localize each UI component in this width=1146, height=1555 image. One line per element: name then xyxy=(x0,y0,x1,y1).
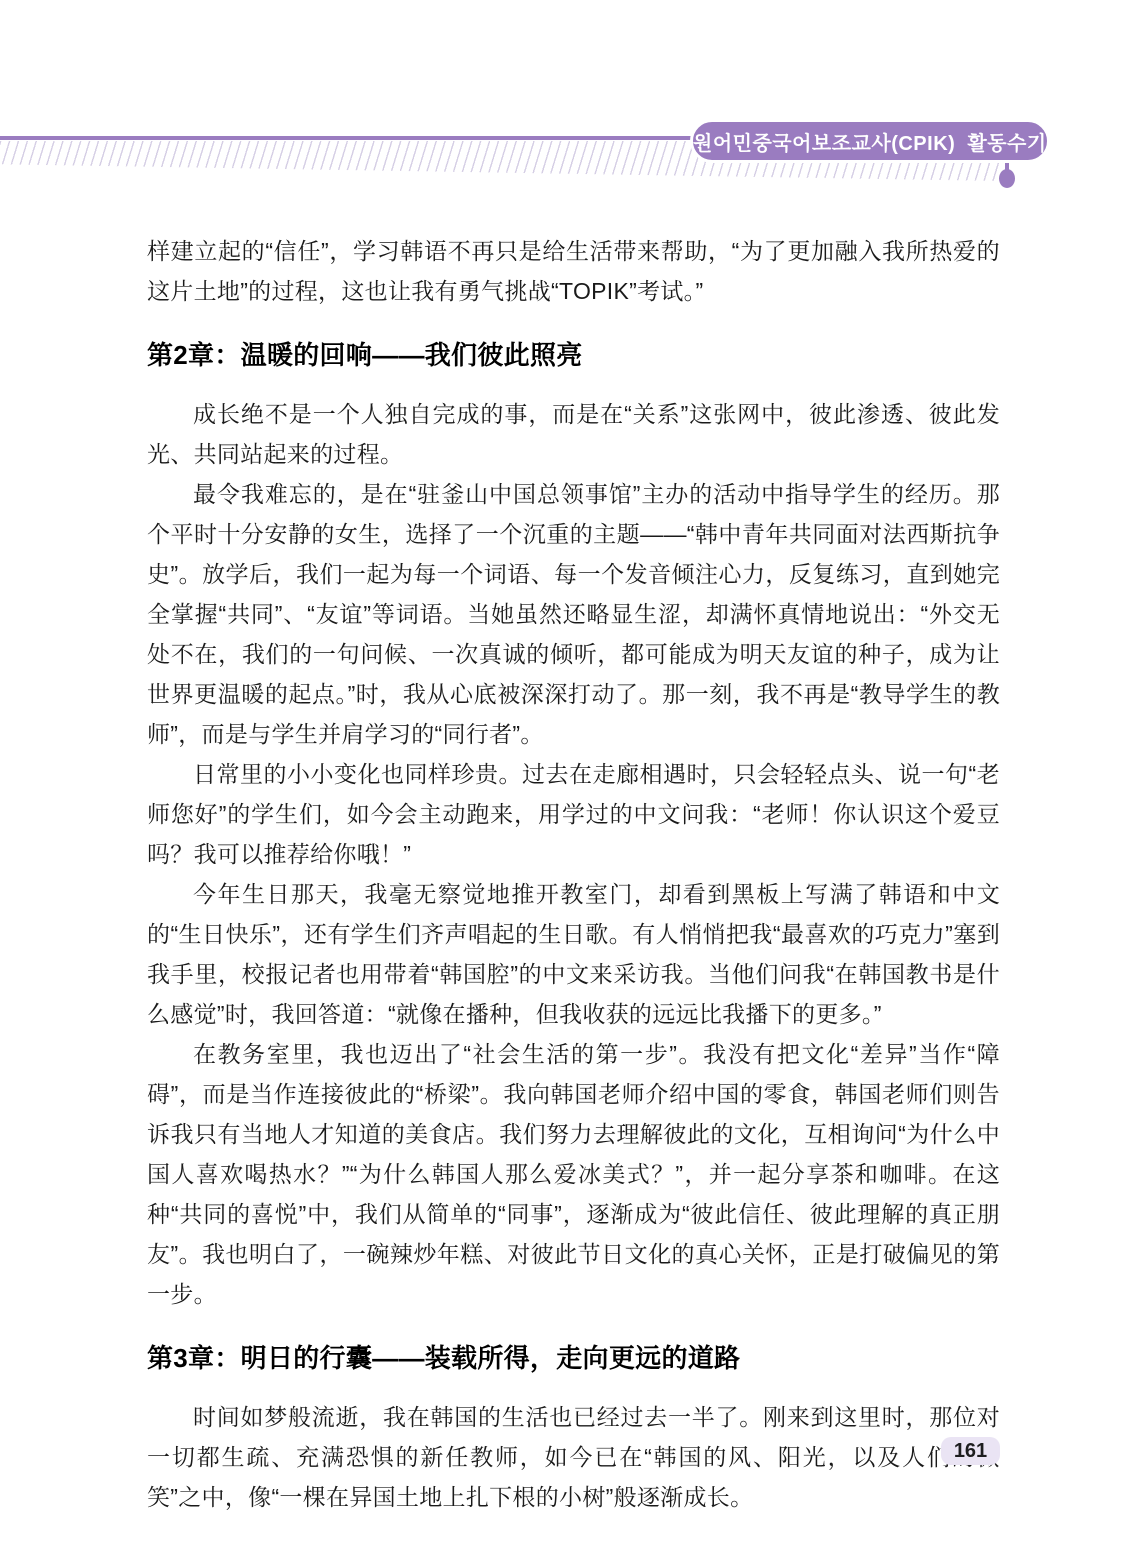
body-paragraph: 成长绝不是一个人独自完成的事，而是在“关系”这张网中，彼此渗透、彼此发光、共同站… xyxy=(147,394,1000,474)
body-paragraph: 在教务室里，我也迈出了“社会生活的第一步”。我没有把文化“差异”当作“障碍”，而… xyxy=(147,1034,1000,1314)
body-paragraph: 日常里的小小变化也同样珍贵。过去在走廊相遇时，只会轻轻点头、说一句“老师您好”的… xyxy=(147,754,1000,874)
header-title-badge: 원어민중국어보조교사(CPIK) 활동수기 xyxy=(690,119,1050,163)
body-paragraph: 今年生日那天，我毫无察觉地推开教室门，却看到黑板上写满了韩语和中文的“生日快乐”… xyxy=(147,874,1000,1034)
body-paragraph: 最令我难忘的，是在“驻釜山中国总领事馆”主办的活动中指导学生的经历。那个平时十分… xyxy=(147,474,1000,754)
page-body: 样建立起的“信任”，学习韩语不再只是给生活带来帮助，“为了更加融入我所热爱的这片… xyxy=(147,231,1000,1517)
header-line-end-dot xyxy=(999,169,1015,188)
intro-continuation-paragraph: 样建立起的“信任”，学习韩语不再只是给生活带来帮助，“为了更加融入我所热爱的这片… xyxy=(147,231,1000,311)
book-page: 원어민중국어보조교사(CPIK) 활동수기 样建立起的“信任”，学习韩语不再只是… xyxy=(0,0,1146,1555)
sections-container: 第2章：温暖的回响——我们彼此照亮成长绝不是一个人独自完成的事，而是在“关系”这… xyxy=(147,338,1000,1517)
body-paragraph: 时间如梦般流逝，我在韩国的生活也已经过去一半了。刚来到这里时，那位对一切都生疏、… xyxy=(147,1397,1000,1517)
page-number-badge: 161 xyxy=(941,1437,1000,1465)
section-heading: 第3章：明日的行囊——装载所得，走向更远的道路 xyxy=(147,1341,1000,1375)
section-heading: 第2章：温暖的回响——我们彼此照亮 xyxy=(147,338,1000,372)
